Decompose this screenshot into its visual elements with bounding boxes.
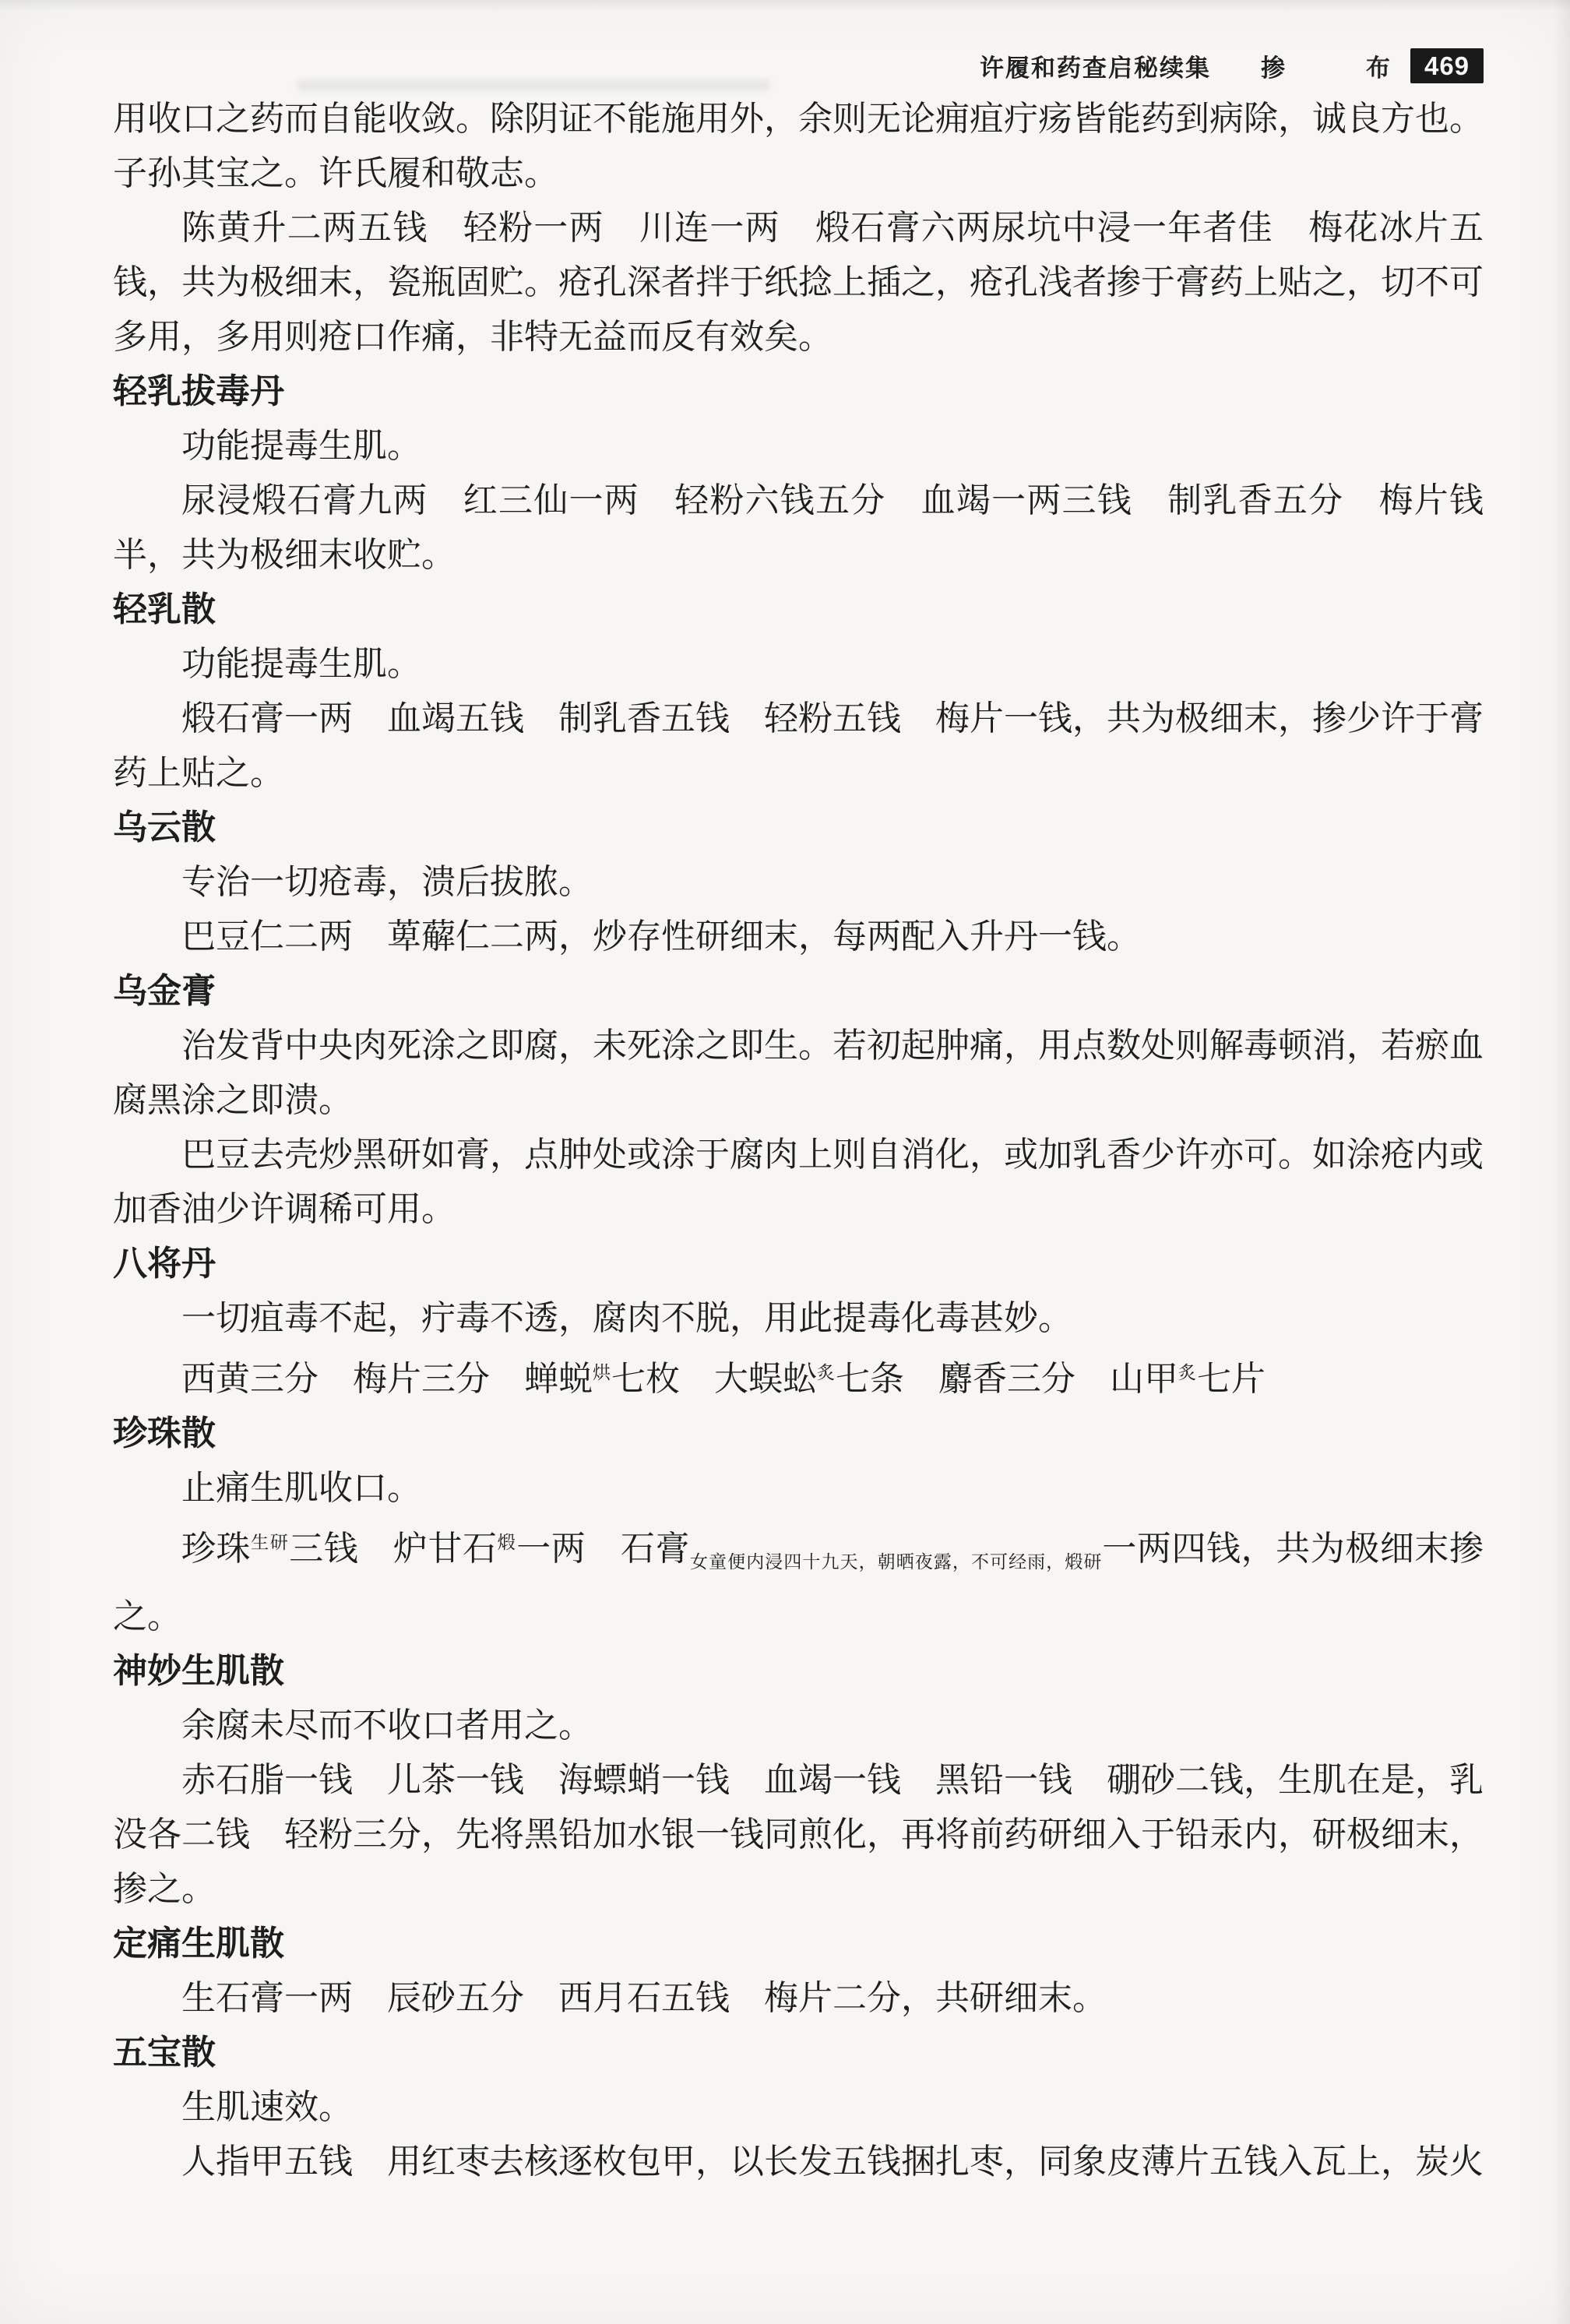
text-run: 功能提毒生肌。 (181, 427, 421, 465)
paragraph: 西黄三分 梅片三分 蝉蜕烘七枚 大蜈蚣炙七条 麝香三分 山甲炙七片 (113, 1346, 1484, 1407)
text-run: 神妙生肌散 (113, 1652, 284, 1690)
text-run: 人指甲五钱 用红枣去核逐枚包甲，以长发五钱捆扎枣，同象皮薄片五钱入瓦上，炭火 (181, 2143, 1484, 2181)
document-body: 用收口之药而自能收敛。除阴证不能施用外，余则无论痈疽疔疡皆能药到病除，诚良方也。… (113, 92, 1484, 2189)
paragraph: 生石膏一两 辰砂五分 西月石五钱 梅片二分，共研细末。 (113, 1971, 1484, 2026)
text-run: 乌云散 (113, 808, 216, 847)
preparation-superscript: 生研 (251, 1533, 289, 1552)
text-run: 七片 (1197, 1360, 1266, 1398)
text-run: 乌金膏 (113, 972, 216, 1010)
running-head: 许履和药查启秘续集 掺 布 469 (980, 48, 1484, 83)
text-run: 三钱 炉甘石 (289, 1530, 497, 1568)
prescription-title: 乌云散 (113, 801, 1484, 855)
subsection-marker: 布 (1366, 48, 1392, 83)
prescription-title: 轻乳散 (113, 583, 1484, 637)
paragraph: 功能提毒生肌。 (113, 419, 1484, 474)
text-run: 专治一切疮毒，溃后拔脓。 (181, 863, 593, 901)
scan-smudge-artifact (296, 79, 771, 91)
book-title: 许履和药查启秘续集 (980, 48, 1211, 83)
preparation-superscript: 煅 (498, 1533, 517, 1552)
paragraph: 珍珠生研三钱 炉甘石煅一两 石膏女童便内浸四十九天，朝晒夜露，不可经雨，煅研一两… (113, 1516, 1484, 1644)
paragraph: 一切疽毒不起，疔毒不透，腐肉不脱，用此提毒化毒甚妙。 (113, 1291, 1484, 1346)
text-run: 定痛生肌散 (113, 1924, 284, 1963)
paragraph: 尿浸煅石膏九两 红三仙一两 轻粉六钱五分 血竭一两三钱 制乳香五分 梅片钱半，共… (113, 474, 1484, 583)
text-run: 一切疽毒不起，疔毒不透，腐肉不脱，用此提毒化毒甚妙。 (181, 1299, 1072, 1337)
preparation-superscript: 烘 (593, 1363, 611, 1382)
prescription-title: 神妙生肌散 (113, 1644, 1484, 1699)
text-run: 治发背中央肉死涂之即腐，未死涂之即生。若初起肿痛，用点数处则解毒顿消，若瘀血腐黑… (113, 1026, 1484, 1119)
paragraph: 用收口之药而自能收敛。除阴证不能施用外，余则无论痈疽疔疡皆能药到病除，诚良方也。… (113, 92, 1484, 201)
text-run: 一两 石膏 (516, 1530, 690, 1568)
text-run: 尿浸煅石膏九两 红三仙一两 轻粉六钱五分 血竭一两三钱 制乳香五分 梅片钱半，共… (113, 481, 1484, 574)
text-run: 用收口之药而自能收敛。除阴证不能施用外，余则无论痈疽疔疡皆能药到病除，诚良方也。… (113, 100, 1484, 192)
paragraph: 生肌速效。 (113, 2080, 1484, 2135)
text-run: 巴豆仁二两 萆薢仁二两，炒存性研细末，每两配入升丹一钱。 (181, 917, 1141, 956)
prescription-title: 定痛生肌散 (113, 1917, 1484, 1971)
paragraph: 功能提毒生肌。 (113, 637, 1484, 692)
text-run: 西黄三分 梅片三分 蝉蜕 (181, 1360, 593, 1398)
text-run: 珍珠散 (113, 1414, 216, 1452)
text-run: 止痛生肌收口。 (181, 1469, 421, 1507)
text-run: 赤石脂一钱 儿茶一钱 海螵蛸一钱 血竭一钱 黑铅一钱 硼砂二钱，生肌在是，乳没各… (113, 1761, 1484, 1908)
text-run: 功能提毒生肌。 (181, 645, 421, 683)
paragraph: 煅石膏一两 血竭五钱 制乳香五钱 轻粉五钱 梅片一钱，共为极细末，掺少许于膏药上… (113, 692, 1484, 801)
page-number-badge: 469 (1410, 48, 1484, 83)
prescription-title: 乌金膏 (113, 964, 1484, 1019)
preparation-superscript: 炙 (1178, 1363, 1197, 1382)
paragraph: 止痛生肌收口。 (113, 1461, 1484, 1516)
prescription-title: 珍珠散 (113, 1407, 1484, 1461)
paragraph: 治发背中央肉死涂之即腐，未死涂之即生。若初起肿痛，用点数处则解毒顿消，若瘀血腐黑… (113, 1019, 1484, 1128)
text-run: 余腐未尽而不收口者用之。 (181, 1706, 593, 1745)
prescription-title: 五宝散 (113, 2026, 1484, 2080)
preparation-note: 女童便内浸四十九天，朝晒夜露，不可经雨，煅研 (690, 1552, 1102, 1572)
text-run: 五宝散 (113, 2033, 216, 2072)
prescription-title: 八将丹 (113, 1237, 1484, 1291)
text-run: 巴豆去壳炒黑研如膏，点肿处或涂于腐肉上则自消化，或加乳香少许亦可。如涂疮内或加香… (113, 1136, 1484, 1228)
paragraph: 巴豆仁二两 萆薢仁二两，炒存性研细末，每两配入升丹一钱。 (113, 910, 1484, 964)
text-run: 轻乳拔毒丹 (113, 372, 284, 410)
paragraph: 赤石脂一钱 儿茶一钱 海螵蛸一钱 血竭一钱 黑铅一钱 硼砂二钱，生肌在是，乳没各… (113, 1753, 1484, 1917)
prescription-title: 轻乳拔毒丹 (113, 364, 1484, 419)
text-run: 珍珠 (181, 1530, 251, 1568)
text-run: 七枚 大蜈蚣 (611, 1360, 817, 1398)
paragraph: 人指甲五钱 用红枣去核逐枚包甲，以长发五钱捆扎枣，同象皮薄片五钱入瓦上，炭火 (113, 2135, 1484, 2189)
text-run: 生肌速效。 (181, 2088, 353, 2126)
paragraph: 余腐未尽而不收口者用之。 (113, 1699, 1484, 1753)
text-run: 轻乳散 (113, 590, 216, 629)
text-run: 七条 麝香三分 山甲 (836, 1360, 1178, 1398)
preparation-superscript: 炙 (817, 1363, 836, 1382)
section-marker: 掺 (1261, 48, 1287, 83)
text-run: 生石膏一两 辰砂五分 西月石五钱 梅片二分，共研细末。 (181, 1979, 1107, 2017)
scanned-book-page: 许履和药查启秘续集 掺 布 469 用收口之药而自能收敛。除阴证不能施用外，余则… (0, 0, 1570, 2324)
paragraph: 巴豆去壳炒黑研如膏，点肿处或涂于腐肉上则自消化，或加乳香少许亦可。如涂疮内或加香… (113, 1128, 1484, 1237)
text-run: 陈黄升二两五钱 轻粉一两 川连一两 煅石膏六两尿坑中浸一年者佳 梅花冰片五钱，共… (113, 209, 1484, 356)
text-run: 八将丹 (113, 1245, 216, 1283)
paragraph: 专治一切疮毒，溃后拔脓。 (113, 855, 1484, 910)
text-run: 煅石膏一两 血竭五钱 制乳香五钱 轻粉五钱 梅片一钱，共为极细末，掺少许于膏药上… (113, 699, 1484, 792)
paragraph: 陈黄升二两五钱 轻粉一两 川连一两 煅石膏六两尿坑中浸一年者佳 梅花冰片五钱，共… (113, 201, 1484, 364)
